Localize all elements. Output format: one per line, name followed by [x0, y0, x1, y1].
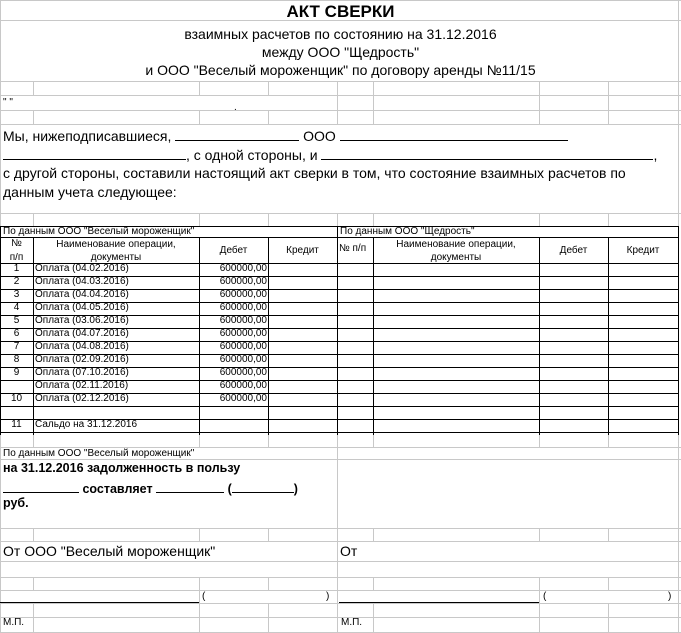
second-party-blank[interactable]	[321, 147, 653, 160]
amount-digits-blank[interactable]	[156, 480, 224, 493]
grid-line	[0, 528, 681, 529]
grid-line	[0, 0, 681, 1]
left-row-num: 7	[0, 342, 33, 352]
grid-line	[0, 213, 681, 214]
grid-line	[373, 577, 374, 590]
grid-line	[373, 81, 374, 124]
right-header-num: № п/п	[339, 244, 366, 254]
signature-from-left: От ООО "Веселый мороженщик"	[3, 544, 215, 558]
left-row-name: Оплата (04.08.2016)	[35, 342, 199, 352]
intro-line-4: данным учета следующее:	[3, 185, 177, 199]
right-header-name-1: Наименование операции,	[373, 240, 539, 250]
grid-line	[539, 590, 540, 603]
grid-line	[268, 237, 269, 435]
intro-prefix: Мы, нижеподписавшиеся,	[3, 128, 171, 144]
intro-line-1: Мы, нижеподписавшиеся, ООО	[3, 128, 568, 143]
grid-line	[373, 435, 374, 447]
left-row-num: 4	[0, 303, 33, 313]
grid-line	[33, 528, 34, 541]
grid-line	[268, 603, 269, 632]
grid-line	[33, 435, 34, 447]
grid-line	[33, 577, 34, 590]
summary-amount-label: составляет	[82, 482, 152, 496]
intro-one-side: , с одной стороны, и	[186, 147, 318, 163]
left-row-name: Оплата (02.11.2016)	[35, 381, 199, 391]
left-row-debit: 600000,00	[199, 290, 267, 300]
grid-line	[337, 226, 338, 435]
grid-line	[0, 590, 681, 591]
left-header-name-2: документы	[33, 253, 199, 263]
left-row-num: 11	[0, 420, 33, 430]
grid-line	[539, 528, 540, 541]
grid-line	[199, 590, 200, 603]
left-row-name: Оплата (04.07.2016)	[35, 329, 199, 339]
grid-line	[199, 603, 200, 632]
left-row-debit: 600000,00	[199, 316, 267, 326]
grid-line	[337, 81, 338, 124]
grid-line	[199, 81, 200, 95]
grid-line	[199, 110, 200, 124]
grid-line	[608, 81, 609, 124]
left-name-paren-open: (	[202, 592, 205, 602]
left-name-paren-close: )	[326, 592, 329, 602]
grid-line	[539, 435, 540, 447]
grid-line	[337, 213, 338, 226]
grid-line	[33, 213, 34, 226]
left-row-debit: 600000,00	[199, 277, 267, 287]
left-signature-line[interactable]	[0, 602, 199, 603]
right-signature-line[interactable]	[339, 602, 539, 603]
grid-line	[33, 603, 34, 632]
left-row-debit: 600000,00	[199, 329, 267, 339]
left-row-num: 2	[0, 277, 33, 287]
grid-line	[678, 226, 679, 435]
grid-line	[268, 435, 269, 447]
right-header-debit: Дебет	[539, 246, 608, 256]
subtitle-line-2: между ООО "Щедрость"	[0, 45, 681, 59]
right-name-paren-open: (	[543, 592, 546, 602]
grid-line	[268, 577, 269, 590]
left-row-num: 6	[0, 329, 33, 339]
left-row-num: 5	[0, 316, 33, 326]
left-row-name: Оплата (04.03.2016)	[35, 277, 199, 287]
left-header-num-1: №	[0, 239, 33, 249]
grid-line	[0, 124, 681, 125]
grid-line	[608, 435, 609, 447]
left-row-name: Оплата (07.10.2016)	[35, 368, 199, 378]
left-row-name: Оплата (04.04.2016)	[35, 290, 199, 300]
grid-line	[199, 435, 200, 447]
left-row-name: Оплата (02.12.2016)	[35, 394, 199, 404]
grid-line	[0, 603, 681, 604]
grid-line	[539, 81, 540, 124]
right-header-name-2: документы	[373, 253, 539, 263]
right-header-credit: Кредит	[608, 246, 678, 256]
grid-line	[373, 603, 374, 632]
grid-line	[33, 110, 34, 124]
subtitle-line-3: и ООО "Веселый мороженщик" по договору а…	[0, 63, 681, 77]
summary-paren-close: )	[294, 482, 298, 496]
left-row-num: 3	[0, 290, 33, 300]
grid-line	[268, 213, 269, 226]
grid-line	[373, 237, 374, 435]
grid-line	[33, 237, 34, 435]
left-row-name: Оплата (03.06.2016)	[35, 316, 199, 326]
left-row-num: 10	[0, 394, 33, 404]
left-row-num: 8	[0, 355, 33, 365]
grid-line	[608, 237, 609, 435]
grid-line	[608, 577, 609, 590]
left-row-name: Оплата (04.02.2016)	[35, 264, 199, 274]
left-row-debit: 600000,00	[199, 303, 267, 313]
left-header-num-2: п/п	[0, 253, 33, 263]
grid-line	[373, 528, 374, 541]
grid-line	[0, 81, 681, 82]
subtitle-line-1: взаимных расчетов по состоянию на 31.12.…	[0, 27, 681, 41]
grid-line	[337, 447, 338, 633]
grid-line	[608, 528, 609, 541]
representative-blank[interactable]	[3, 147, 186, 160]
left-row-debit: 600000,00	[199, 264, 267, 274]
left-row-name: Оплата (04.05.2016)	[35, 303, 199, 313]
stamp-right: М.П.	[341, 618, 362, 628]
intro-line-2: , с одной стороны, и ,	[3, 147, 657, 162]
summary-caption: По данным ООО "Веселый мороженщик"	[3, 449, 194, 459]
grid-line	[199, 213, 200, 226]
left-row-num: 9	[0, 368, 33, 378]
grid-line	[0, 541, 681, 542]
signature-from-right: От	[340, 544, 357, 558]
left-row-num: 1	[0, 264, 33, 274]
stamp-left: М.П.	[3, 618, 24, 628]
grid-line	[0, 459, 681, 460]
right-table-caption: По данным ООО "Щедрость"	[340, 227, 475, 237]
grid-line	[199, 528, 200, 541]
grid-line	[0, 432, 679, 433]
summary-line-2: составляет ()	[3, 480, 298, 496]
amount-words-blank[interactable]	[232, 480, 294, 493]
left-row-debit: 600000,00	[199, 394, 267, 404]
intro-line-3: с другой стороны, составили настоящий ак…	[3, 166, 626, 180]
grid-line	[0, 577, 681, 578]
date-dot: .	[234, 103, 237, 113]
summary-currency: руб.	[3, 497, 29, 510]
creditor-blank[interactable]	[3, 480, 79, 493]
left-row-debit: 600000,00	[199, 355, 267, 365]
left-row-name: Сальдо на 31.12.2016	[35, 420, 199, 430]
date-quotes[interactable]: " "	[3, 98, 13, 108]
grid-line	[268, 110, 269, 124]
signatory-name-blank[interactable]	[175, 128, 299, 141]
left-row-name: Оплата (02.09.2016)	[35, 355, 199, 365]
grid-line	[0, 95, 681, 96]
grid-line	[0, 110, 681, 111]
grid-line	[373, 213, 374, 226]
grid-line	[337, 435, 338, 447]
intro-comma: ,	[653, 147, 657, 163]
grid-line	[539, 237, 540, 435]
left-header-name-1: Наименование операции,	[33, 240, 199, 250]
grid-line	[539, 213, 540, 226]
left-header-debit: Дебет	[199, 246, 268, 256]
grid-line	[608, 603, 609, 632]
left-row-debit: 600000,00	[199, 342, 267, 352]
left-row-debit: 600000,00	[199, 368, 267, 378]
grid-line	[539, 577, 540, 590]
document-title: АКТ СВЕРКИ	[0, 3, 681, 20]
left-table-caption: По данным ООО "Веселый мороженщик"	[3, 227, 194, 237]
grid-line	[268, 528, 269, 541]
company-name-blank[interactable]	[340, 128, 568, 141]
intro-ooo: ООО	[303, 128, 336, 144]
grid-line	[0, 406, 679, 407]
left-row-debit: 600000,00	[199, 381, 267, 391]
right-name-paren-close: )	[668, 592, 671, 602]
grid-line	[608, 213, 609, 226]
grid-line	[0, 561, 681, 562]
left-header-credit: Кредит	[268, 246, 337, 256]
grid-line	[539, 603, 540, 632]
summary-line-1: на 31.12.2016 задолженность в пользу	[3, 462, 240, 475]
grid-line	[199, 577, 200, 590]
grid-line	[268, 81, 269, 95]
grid-line	[33, 81, 34, 95]
grid-line	[0, 237, 679, 238]
